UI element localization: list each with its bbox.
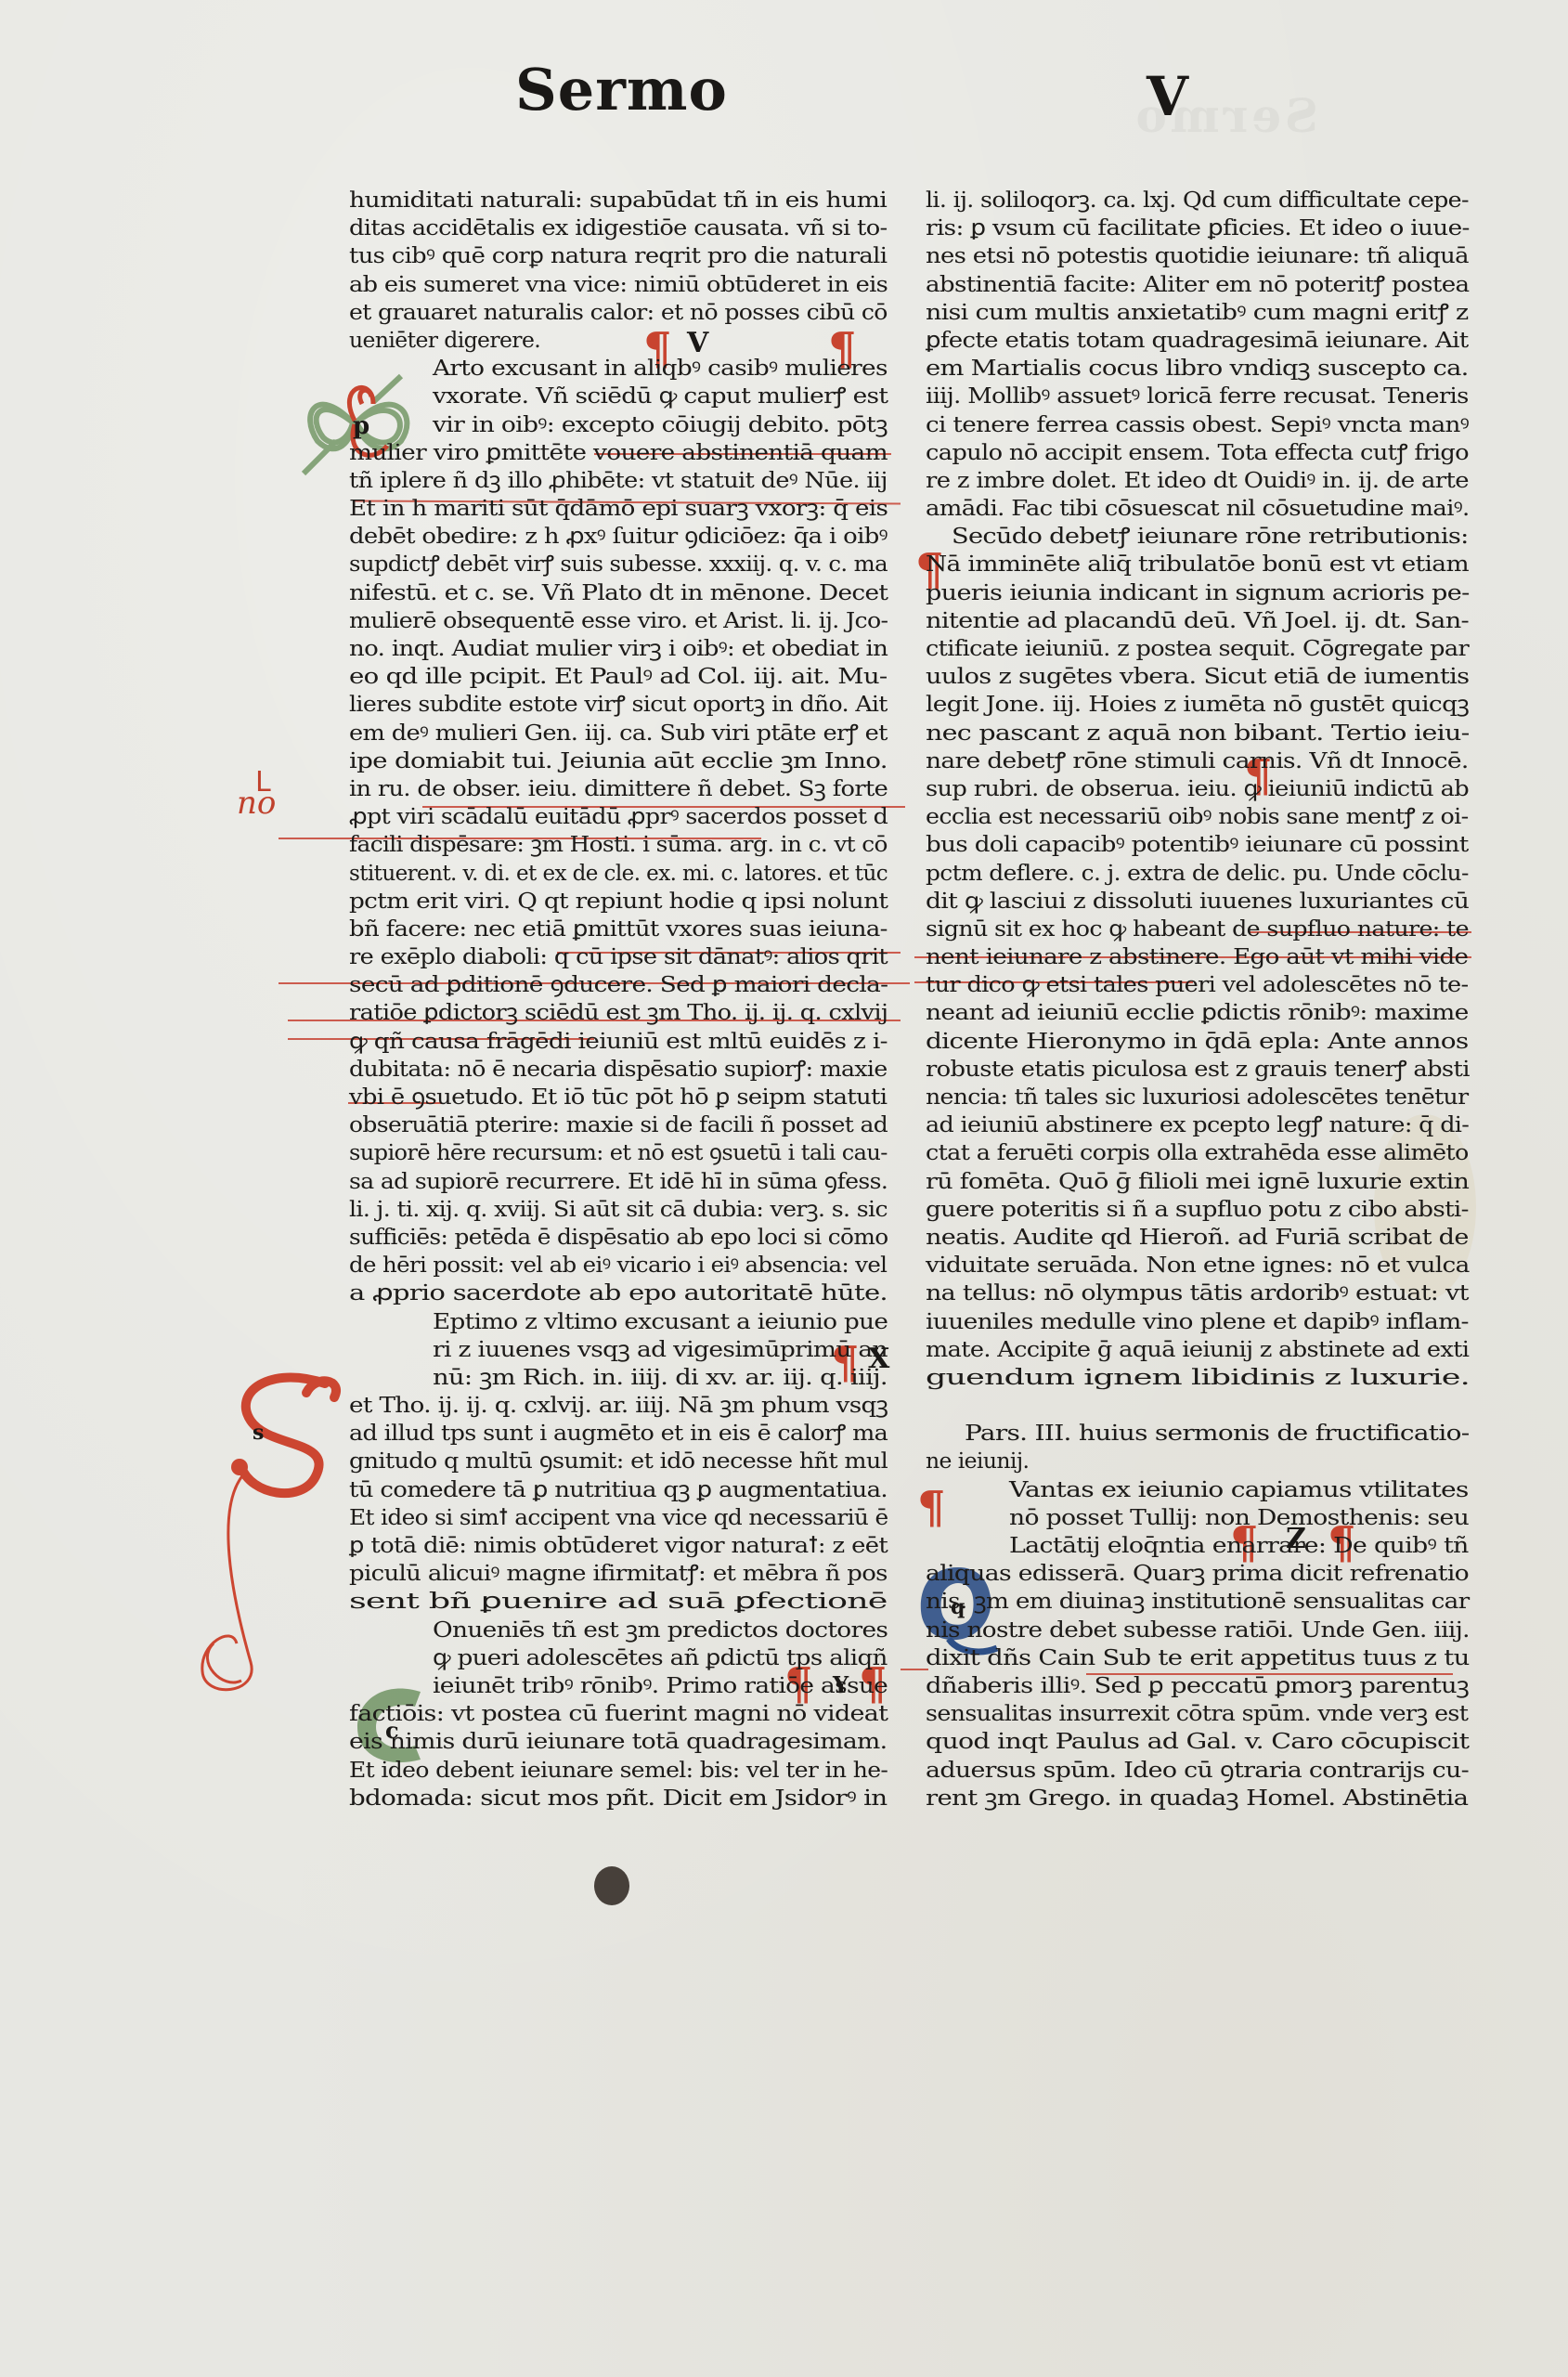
rubric-underline	[901, 1669, 928, 1670]
text-line: de hēri possit: vel ab eiꝰ vicario i eiꝰ…	[349, 1251, 888, 1279]
text-line: ctificate ieiuniū. z postea sequit. Cōgr…	[926, 634, 1469, 662]
text-line: Vantas ex ieiunio capiamus vtilitates	[926, 1475, 1469, 1503]
text-line: tus cibꝰ quē corꝑ natura reqrit pro die …	[349, 241, 888, 269]
text-line: Lactātij eloq̄ntia enarrare: De quibꝰ tñ	[926, 1531, 1469, 1559]
text-line: amādi. Fac tibi cōsuescat nil cōsuetudin…	[926, 494, 1469, 522]
text-line: ab eis sumeret vna vice: nimiū obtūderet…	[349, 270, 888, 298]
text-line: ꝑfecte etatis totam quadragesimā ieiunar…	[926, 326, 1469, 354]
text-line: piculū alicuiꝰ magne ifirmitatꝭ: et mēbr…	[349, 1559, 888, 1587]
text-line: factiōis: vt postea cū fuerint magni nō …	[349, 1699, 888, 1727]
text-line: ieiunēt tribꝰ rōnibꝰ. Primo ratiōe assue	[349, 1671, 888, 1699]
text-line: lieres subdite estote virꝭ sicut oportꝫ …	[349, 690, 888, 718]
text-line: humiditati naturali: supabūdat tñ in eis…	[349, 186, 888, 214]
text-line: sent bñ ꝑuenire ad suā ꝑfectionē	[349, 1587, 888, 1615]
text-line: vir in oibꝰ: excepto cōiugij debito. pōt…	[349, 410, 888, 438]
ink-blot	[594, 1866, 629, 1905]
text-line: ꝑ totā diē: nimis obtūderet vigor natura…	[349, 1531, 888, 1559]
text-line: guere poteritis si ñ a supfluo potu z ci…	[926, 1195, 1469, 1223]
text-line: eo qd ille pcipit. Et Paulꝰ ad Col. iij.…	[349, 662, 888, 690]
text-line: nitentie ad placandū deū. Vñ Joel. ij. d…	[926, 606, 1469, 634]
text-line: tur dico ꝙ etsi tales pueri vel adolescē…	[926, 970, 1469, 998]
bleed-through-text: Sermo	[1077, 88, 1318, 144]
text-line: nent ieiunare z abstinere. Ego aūt vt mi…	[926, 942, 1469, 970]
text-line: Nā imminēte aliq̄ tribulatōe bonū est vt…	[926, 550, 1469, 578]
text-line: mulierē obsequentē esse viro. et Arist. …	[349, 606, 888, 634]
text-line: nis nostre debet subesse ratiōi. Unde Ge…	[926, 1616, 1469, 1643]
text-line: signū sit ex hoc ꝙ habeant de supfluo na…	[926, 915, 1469, 942]
text-line: pctm erit viri. Q qt repiunt hodie q ips…	[349, 887, 888, 915]
text-line: sup rubri. de obserua. ieiu. ꝙ ieiuniū i…	[926, 774, 1469, 802]
text-line: em deꝰ mulieri Gen. iij. ca. Sub viri pt…	[349, 719, 888, 747]
text-line: gnitudo q multū ꝯsumit: et idō necesse h…	[349, 1447, 888, 1474]
text-line: na tellus: nō olympus tātis ardoribꝰ est…	[926, 1279, 1469, 1306]
margin-mark-icon: ᒪ	[255, 766, 271, 799]
text-line: pueris ieiunia indicant in signum acrior…	[926, 578, 1469, 606]
text-line: ueniēter digerere.	[349, 326, 888, 354]
text-line: tñ iplere ñ dꝫ illo ꝓhibēte: vt statuit …	[349, 466, 888, 494]
text-line: dubitata: nō ē necaria dispēsatio supior…	[349, 1055, 888, 1083]
text-line: nare debetꝭ rōne stimuli carnis. Vñ dt I…	[926, 747, 1469, 774]
left-text-column: humiditati naturali: supabūdat tñ in eis…	[349, 186, 888, 1812]
text-line: Secūdo debetꝭ ieiunare rōne retributioni…	[926, 522, 1469, 550]
text-line: ꝓpt viri scādalū euitādū ꝓprꝰ sacerdos p…	[349, 802, 888, 830]
text-line: re exēplo diaboli: q cū ipse sit dānatꝰ:…	[349, 942, 888, 970]
text-line: et grauaret naturalis calor: et nō posse…	[349, 298, 888, 326]
text-line: a ꝓprio sacerdote ab epo autoritatē hūte…	[349, 1279, 888, 1306]
text-line: supdictꝭ debēt virꝭ suis subesse. xxxiij…	[349, 550, 888, 578]
folio-number: V	[1147, 65, 1188, 128]
text-line: sufficiēs: petēda ē dispēsatio ab epo lo…	[349, 1223, 888, 1251]
text-line: bus doli capacibꝰ potentibꝰ ieiunare cū …	[926, 830, 1469, 858]
text-line: li. j. ti. xij. q. xviij. Si aūt sit cā …	[349, 1195, 888, 1223]
text-line: in ru. de obser. ieiu. dimittere ñ debet…	[349, 774, 888, 802]
text-line: facili dispēsare: ꝫm Hosti. i sūma. arg.…	[349, 830, 888, 858]
text-line: nō posset Tullij: non Demosthenis: seu	[926, 1503, 1469, 1531]
text-line: stituerent. v. di. et ex de cle. ex. mi.…	[349, 859, 888, 887]
text-line: re z imbre dolet. Et ideo dt Ouidiꝰ in. …	[926, 466, 1469, 494]
text-line: aduersus spūm. Ideo cū ꝯtraria contrarij…	[926, 1756, 1469, 1784]
text-line: Et ideo debent ieiunare semel: bis: vel …	[349, 1756, 888, 1784]
text-line: quod inqt Paulus ad Gal. v. Caro cōcupis…	[926, 1727, 1469, 1755]
text-line: nec pascant z aquā non bibant. Tertio ie…	[926, 719, 1469, 747]
text-line: rent ꝫm Grego. in quadaꝫ Homel. Abstinēt…	[926, 1784, 1469, 1812]
text-line: supiorē hēre recursum: et nō est ꝯsuetū …	[349, 1138, 888, 1166]
text-line: obseruātiā pterire: maxie si de facili ñ…	[349, 1111, 888, 1138]
svg-text:s: s	[253, 1421, 264, 1445]
text-line: Et ideo si simꝉ accipent vna vice qd nec…	[349, 1503, 888, 1531]
text-line: guendum ignem libidinis z luxurie.	[926, 1363, 1469, 1391]
text-line: nū: ꝫm Rich. in. iiij. di xv. ar. iij. q…	[349, 1363, 888, 1391]
text-line: Arto excusant in aliqbꝰ casibꝰ mulieres	[349, 354, 888, 382]
text-line: robuste etatis piculosa est z grauis ten…	[926, 1055, 1469, 1083]
text-line: capulo nō accipit ensem. Tota effecta cu…	[926, 438, 1469, 466]
margin-note: ᒪ no	[237, 785, 276, 822]
right-text-column: li. ij. soliloqorꝫ. ca. lxj. Qd cum diff…	[926, 186, 1469, 1812]
text-line: ctat a feruēti corpis olla extrahēda ess…	[926, 1138, 1469, 1166]
text-line: rū fomēta. Quō ḡ filioli mei ignē luxuri…	[926, 1167, 1469, 1195]
text-line: ad illud tps sunt i augmēto et in eis ē …	[349, 1419, 888, 1447]
text-line: mulier viro ꝑmittēte vouere abstinentiā …	[349, 438, 888, 466]
section-heading: Pars. III. huius sermonis de fructificat…	[926, 1419, 1469, 1447]
text-line: ris: ꝑ vsum cū facilitate ꝑficies. Et id…	[926, 214, 1469, 241]
text-line: dicente Hieronymo in q̄dā epla: Ante ann…	[926, 1027, 1469, 1055]
text-line: sensualitas insurrexit cōtra spūm. vnde …	[926, 1699, 1469, 1727]
text-line: aliquas edisserā. Quarꝫ prima dicit refr…	[926, 1559, 1469, 1587]
text-line: nisi cum multis anxietatibꝰ cum magni er…	[926, 298, 1469, 326]
text-line: ci tenere ferrea cassis obest. Sepiꝰ vnc…	[926, 410, 1469, 438]
text-line: secū ad ꝑditionē ꝯducere. Sed ꝑ maiori d…	[349, 970, 888, 998]
text-line: abstinentiā facite: Aliter em nō poterit…	[926, 270, 1469, 298]
text-line: li. ij. soliloqorꝫ. ca. lxj. Qd cum diff…	[926, 186, 1469, 214]
text-line: viduitate seruāda. Non etne ignes: nō et…	[926, 1251, 1469, 1279]
text-line: sa ad supiorē recurrere. Et idē hī in sū…	[349, 1167, 888, 1195]
text-line: ꝙ qñ causa frāgēdi ieiuniū est mltū euid…	[349, 1027, 888, 1055]
text-line: ratiōe ꝑdictorꝫ sciēdū est ꝫm Tho. ij. i…	[349, 998, 888, 1026]
flourished-initial-s-icon: s	[195, 1365, 353, 1708]
text-line: tū comedere tā ꝑ nutritiua qꝫ ꝑ augmenta…	[349, 1475, 888, 1503]
text-line: nifestū. et c. se. Vñ Plato dt in mēnone…	[349, 578, 888, 606]
text-line: Onueniēs tñ est ꝫm predictos doctores	[349, 1616, 888, 1643]
text-line: uulos z sugētes vbera. Sicut etiā de ium…	[926, 662, 1469, 690]
running-head: Sermo	[515, 56, 728, 123]
text-line: ad ieiuniū abstinere ex pcepto legꝭ natu…	[926, 1111, 1469, 1138]
text-line: dixit dñs Cain Sub te erit appetitus tuu…	[926, 1643, 1469, 1671]
text-line: ditas accidētalis ex idigestiōe causata.…	[349, 214, 888, 241]
text-line: ipe domiabit tui. Jeiunia aūt ecclie ꝫm …	[349, 747, 888, 774]
text-line: Eptimo z vltimo excusant a ieiunio pue	[349, 1307, 888, 1335]
text-line: legit Jone. iij. Hoies z iumēta nō gustē…	[926, 690, 1469, 718]
text-line: mate. Accipite ḡ aquā ieiunij z abstinet…	[926, 1335, 1469, 1363]
text-line: eis nimis durū ieiunare totā quadragesim…	[349, 1727, 888, 1755]
text-line: nes etsi nō potestis quotidie ieiunare: …	[926, 241, 1469, 269]
text-line: iuueniles medulle vino plene et dapibꝰ i…	[926, 1307, 1469, 1335]
text-line: em Martialis cocus libro vndiqꝫ suscepto…	[926, 354, 1469, 382]
text-line: dit ꝙ lasciui z dissoluti iuuenes luxuri…	[926, 887, 1469, 915]
text-line: pctm deflere. c. j. extra de delic. pu. …	[926, 859, 1469, 887]
section-heading: ne ieiunij.	[926, 1447, 1469, 1474]
text-line: ꝙ pueri adolescētes añ ꝑdictū tps aliqñ	[349, 1643, 888, 1671]
text-line: debēt obedire: z h ꝓxꝰ ſuitur ꝯdiciōez: …	[349, 522, 888, 550]
paragraph-gap	[926, 1391, 1469, 1419]
text-line: Et in h mariti sūt q̄dāmō epi suarꝫ vxor…	[349, 494, 888, 522]
text-line: et Tho. ij. ij. q. cxlvij. ar. iiij. Nā …	[349, 1391, 888, 1419]
text-line: vxorate. Vñ sciēdū ꝙ caput mulierꝭ est	[349, 382, 888, 409]
text-line: nencia: tñ tales sic luxuriosi adolescēt…	[926, 1083, 1469, 1111]
text-line: neant ad ieiuniū ecclie ꝑdictis rōnibꝰ: …	[926, 998, 1469, 1026]
text-line: iiij. Mollibꝰ assuetꝰ loricā ferre recus…	[926, 382, 1469, 409]
text-line: dñaberis illiꝰ. Sed ꝑ peccatū ꝑmorꝫ pare…	[926, 1671, 1469, 1699]
text-line: bñ facere: nec etiā ꝑmittūt vxores suas …	[349, 915, 888, 942]
text-line: ecclia est necessariū oibꝰ nobis sane me…	[926, 802, 1469, 830]
text-line: nis. ꝫm em diuinaꝫ institutionē sensuali…	[926, 1587, 1469, 1615]
text-line: vbi ē ꝯsuetudo. Et iō tūc pōt hō ꝑ seipm…	[349, 1083, 888, 1111]
text-line: no. inqt. Audiat mulier virꝫ i oibꝰ: et …	[349, 634, 888, 662]
text-line: ri z iuuenes vsqꝫ ad vigesimūprimū an	[349, 1335, 888, 1363]
text-line: bdomada: sicut mos pñt. Dicit em Jsidorꝰ…	[349, 1784, 888, 1812]
text-line: neatis. Audite qd Hieroñ. ad Furiā scrib…	[926, 1223, 1469, 1251]
